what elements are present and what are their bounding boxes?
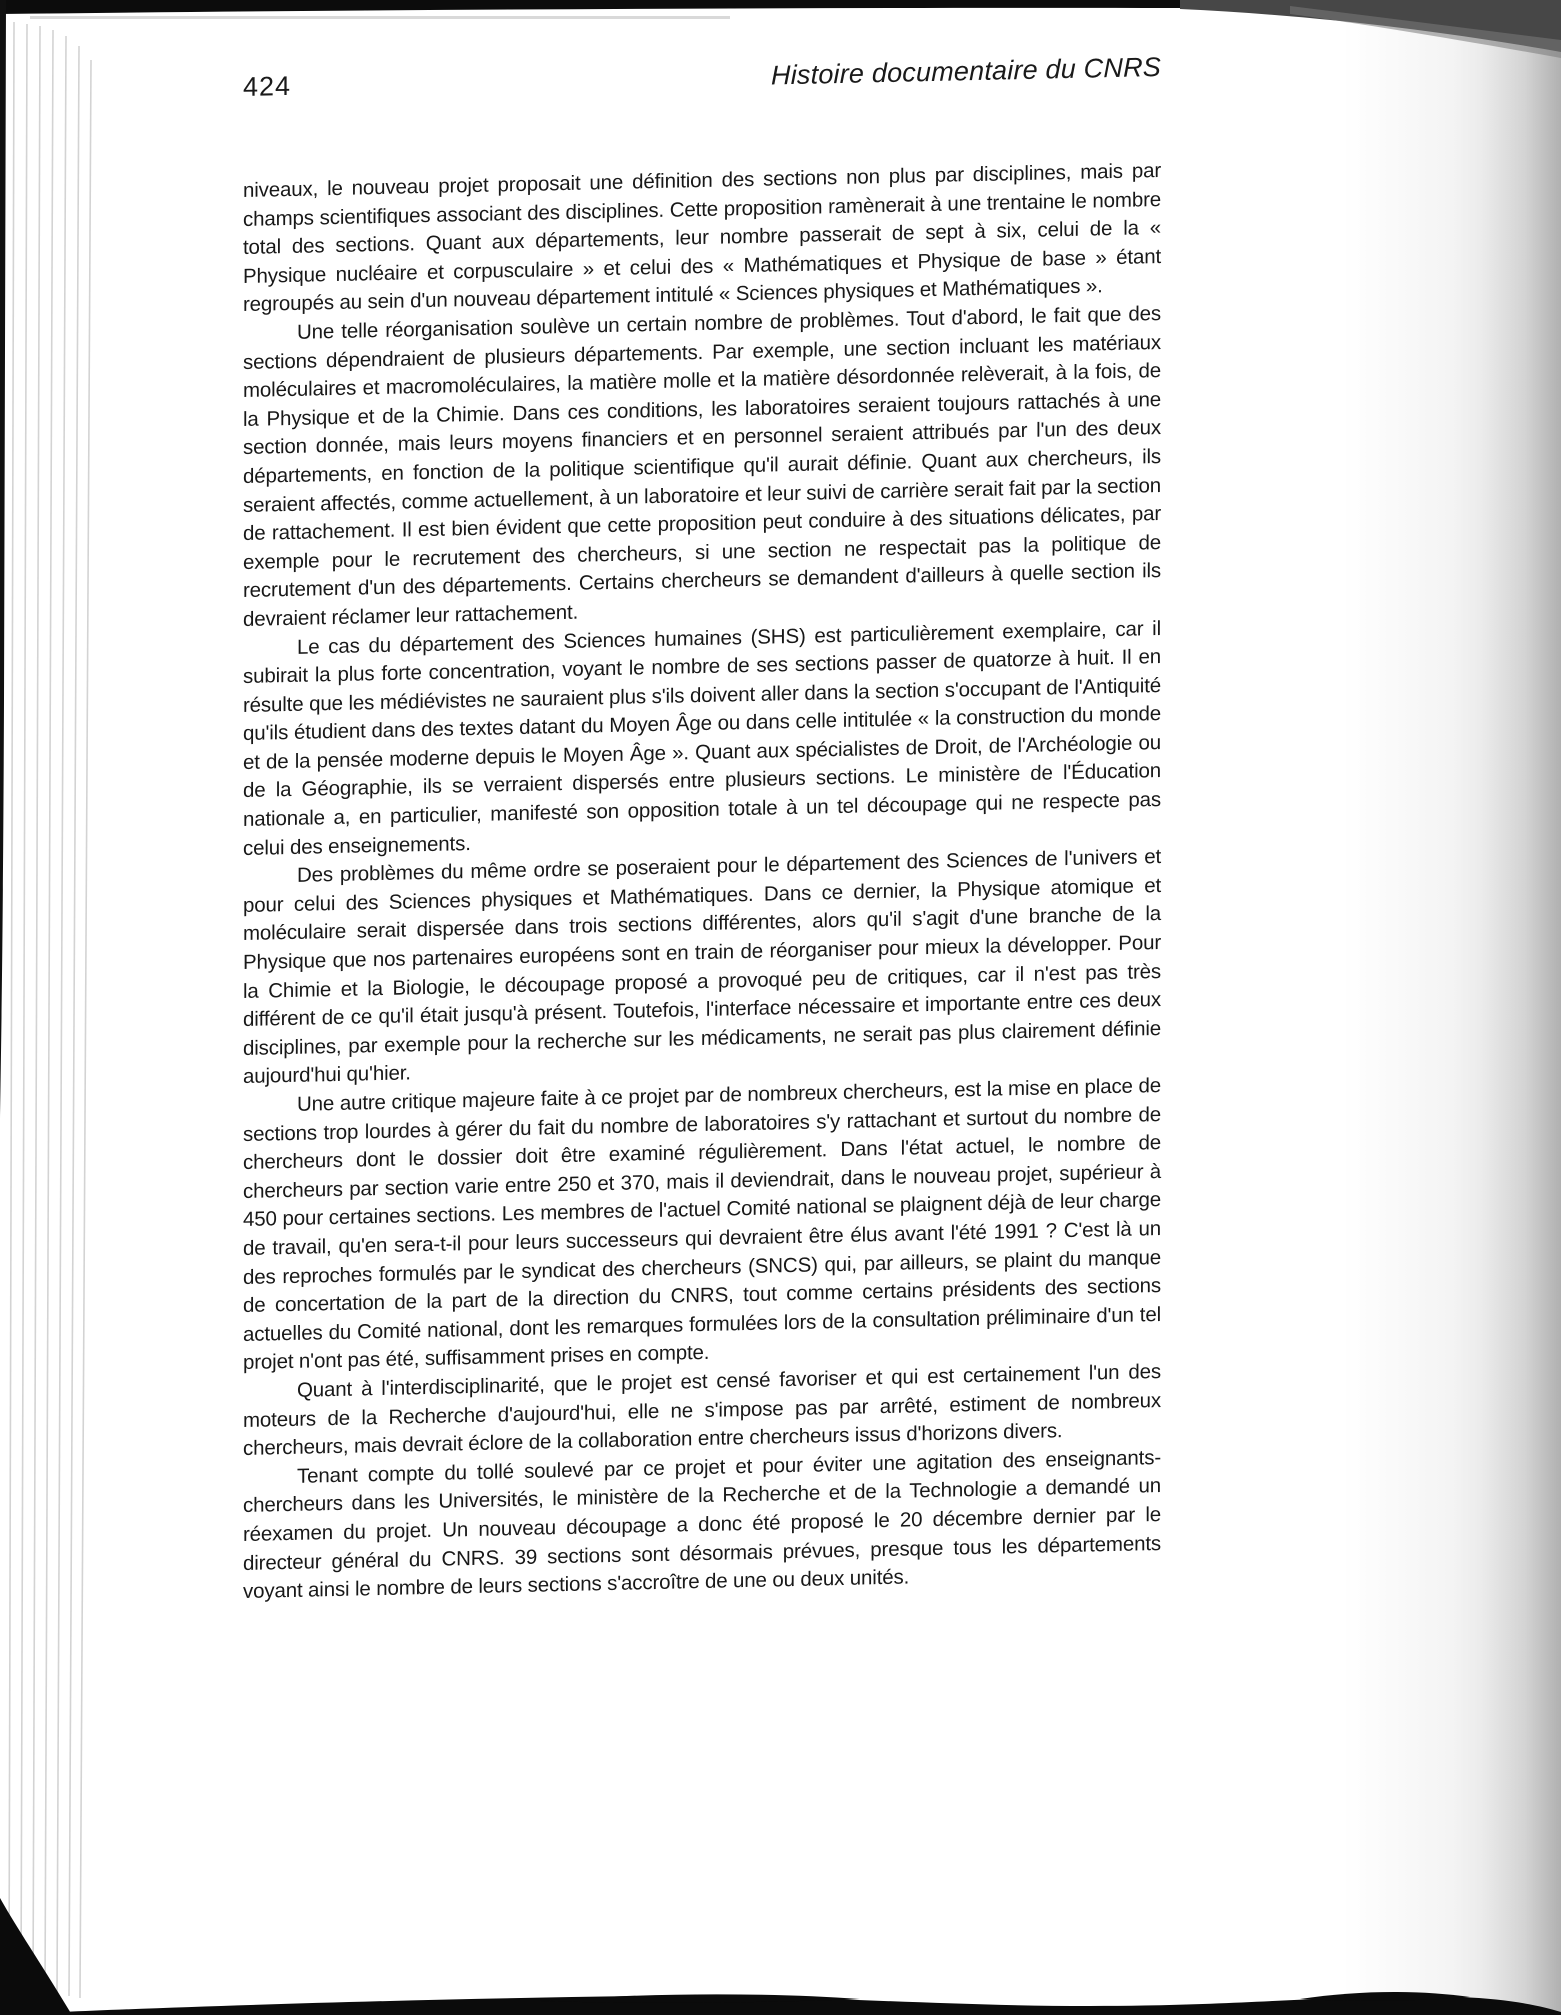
paragraph: Le cas du département des Sciences humai… <box>243 614 1161 863</box>
paragraph: Une autre critique majeure faite à ce pr… <box>243 1072 1161 1378</box>
scanned-book-page: 424 Histoire documentaire du CNRS niveau… <box>0 0 1561 2015</box>
page-curl-shading <box>1481 0 1561 2015</box>
scan-top-edge <box>0 0 1561 14</box>
scan-bottom-left-corner <box>0 1898 72 2015</box>
page-stack-stripes <box>9 22 91 1998</box>
paragraph: Tenant compte du tollé soulevé par ce pr… <box>243 1444 1161 1607</box>
page-number: 424 <box>243 71 291 103</box>
page-header: 424 Histoire documentaire du CNRS <box>243 52 1161 103</box>
printed-page-content: 424 Histoire documentaire du CNRS niveau… <box>243 52 1161 1607</box>
paragraph: Une telle réorganisation soulève un cert… <box>243 300 1161 635</box>
paragraph: niveaux, le nouveau projet proposait une… <box>243 157 1161 320</box>
body-text: niveaux, le nouveau projet proposait une… <box>243 157 1161 1607</box>
scan-top-faint-line <box>30 16 730 19</box>
paragraph: Des problèmes du même ordre se poseraien… <box>243 843 1161 1092</box>
running-head: Histoire documentaire du CNRS <box>771 52 1161 92</box>
scan-bottom-edge <box>60 1996 1561 2015</box>
book-spine-edge <box>0 0 6 1120</box>
